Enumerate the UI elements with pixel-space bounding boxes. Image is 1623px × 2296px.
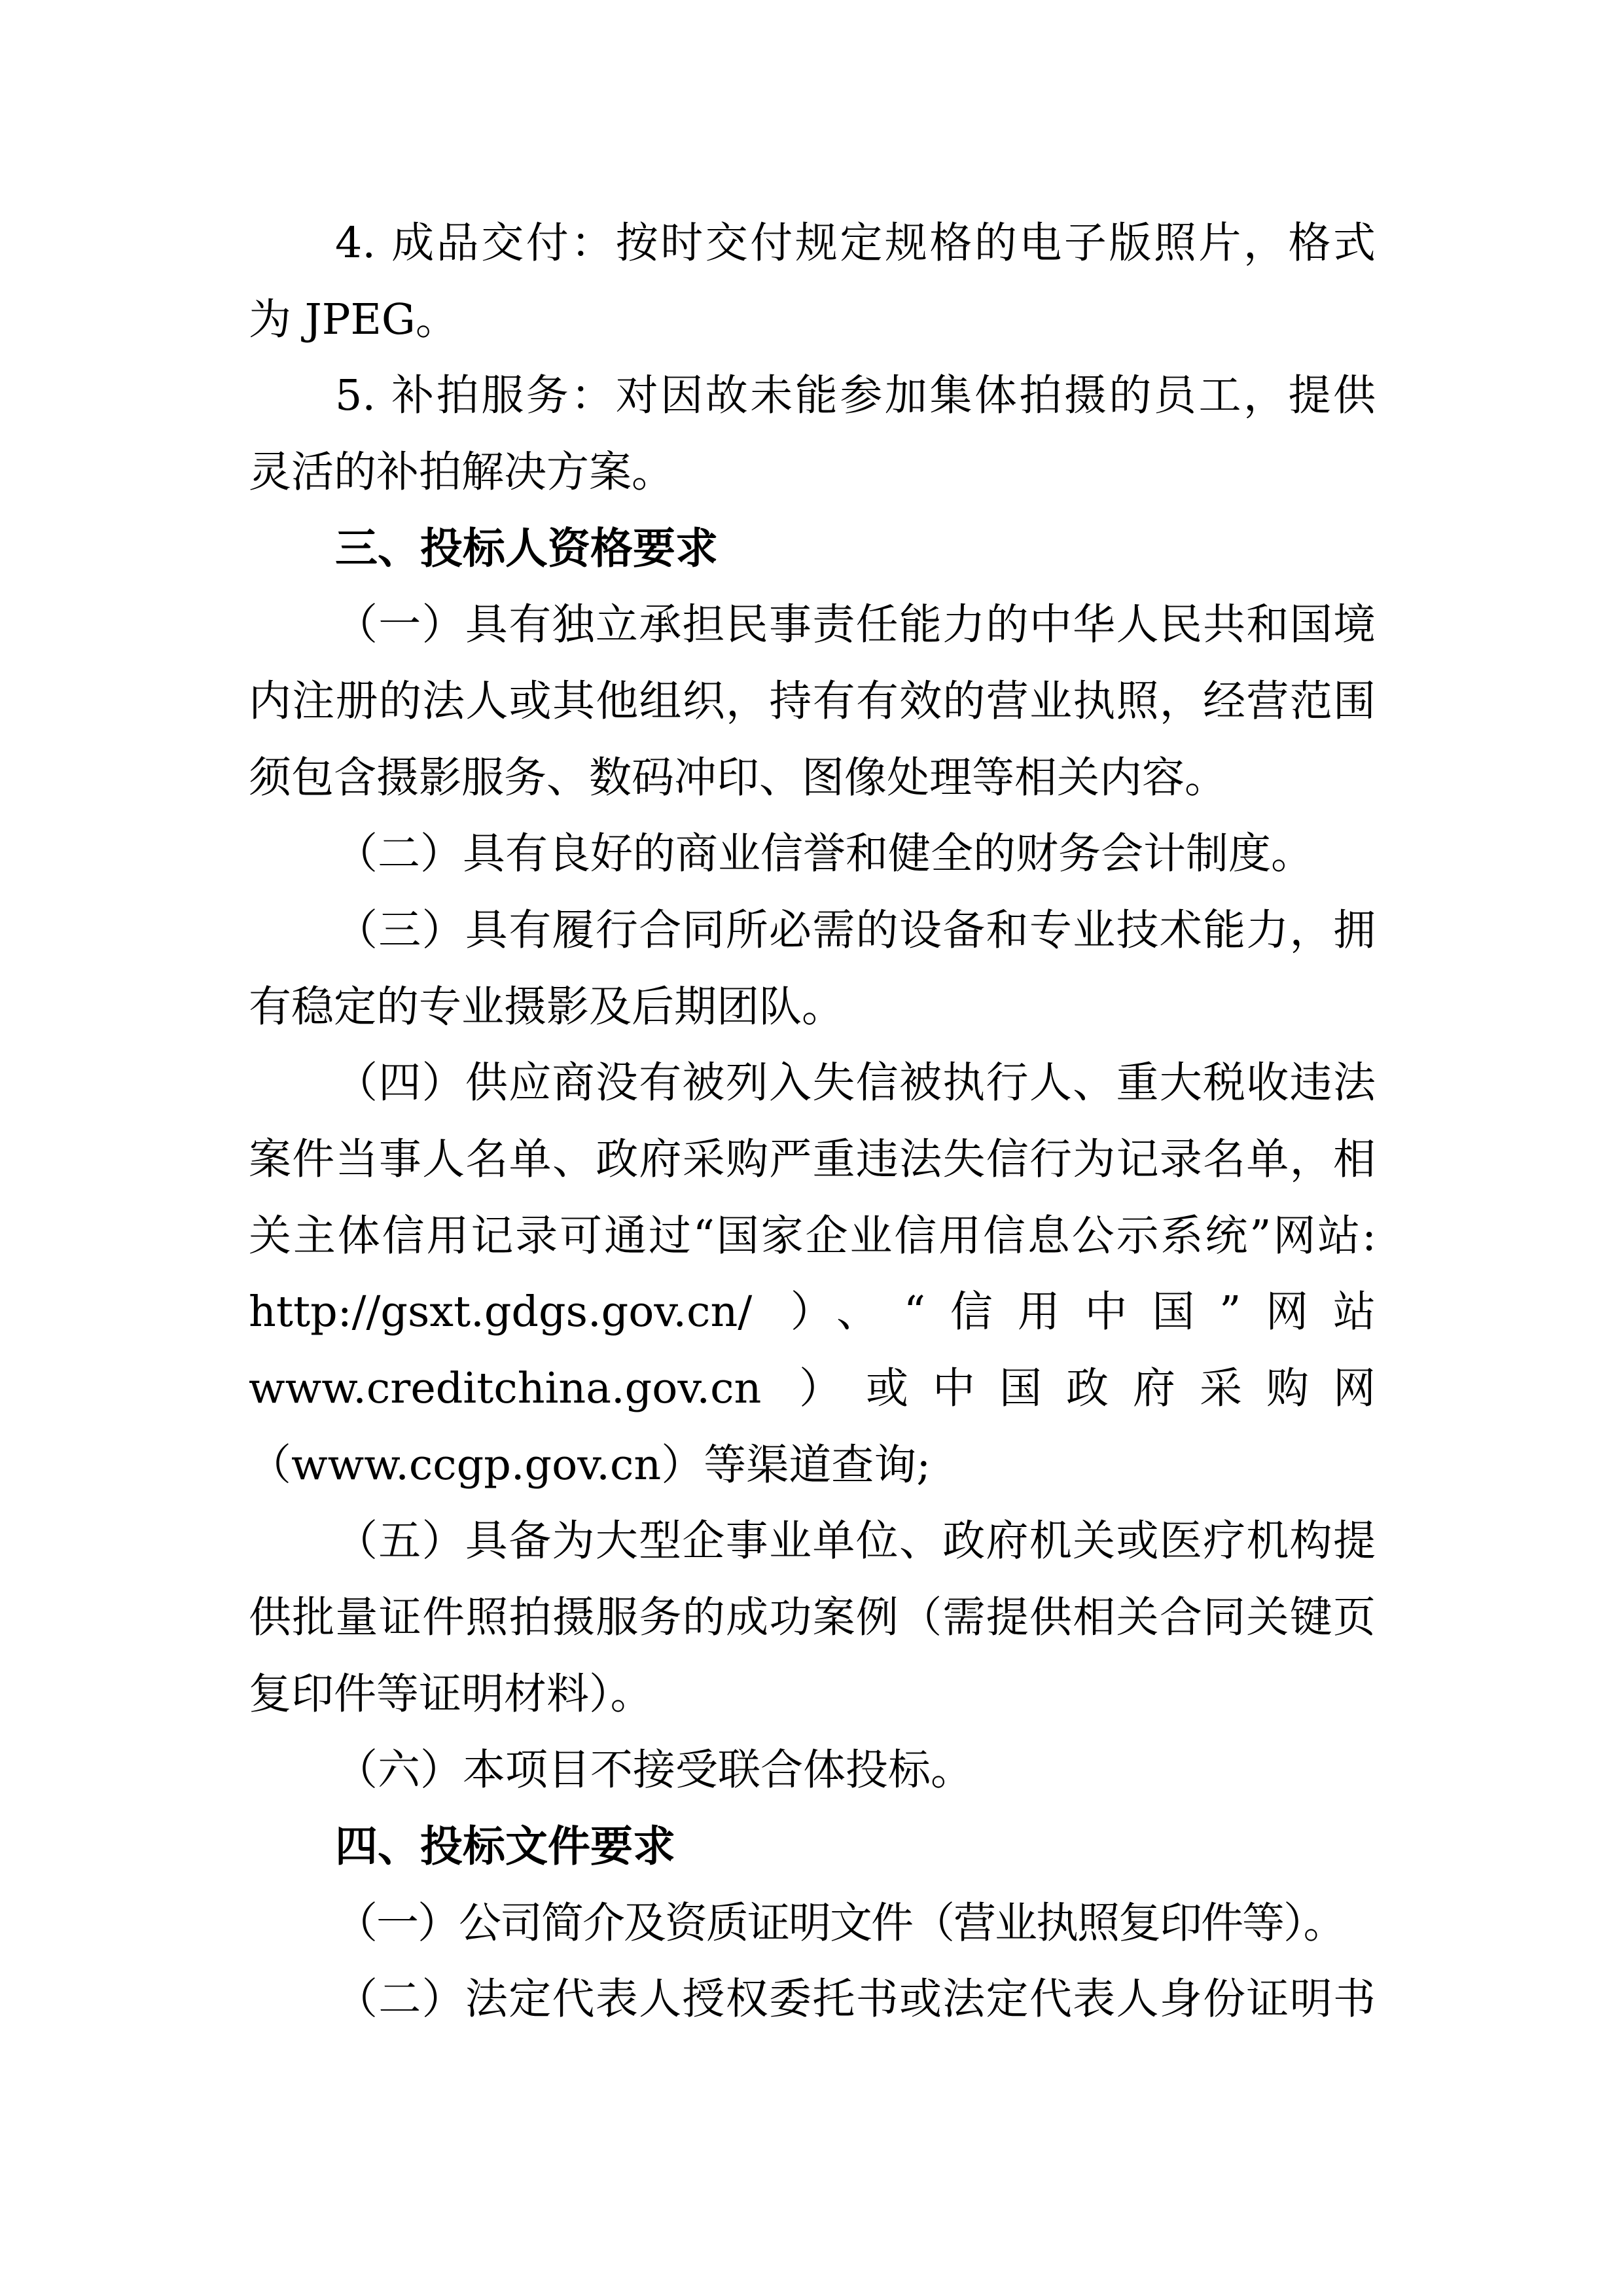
qualification-4-line-2: 案件当事人名单、政府采购严重违法失信行为记录名单，相 — [249, 1121, 1376, 1198]
qualification-3-line-2: 有稳定的专业摄影及后期团队。 — [249, 969, 1376, 1045]
qualification-5-line-2: 供批量证件照拍摄服务的成功案例（需提供相关合同关键页 — [249, 1579, 1376, 1656]
qualification-1-line-2: 内注册的法人或其他组织，持有有效的营业执照，经营范围 — [249, 663, 1376, 740]
item-4-delivery-line-2: 为 JPEG。 — [249, 281, 1376, 358]
qualification-1-line-1: （一）具有独立承担民事责任能力的中华人民共和国境 — [249, 586, 1376, 663]
qualification-6-line-1: （六）本项目不接受联合体投标。 — [249, 1732, 1376, 1808]
qualification-1-line-3: 须包含摄影服务、数码冲印、图像处理等相关内容。 — [249, 740, 1376, 816]
qualification-3-line-1: （三）具有履行合同所必需的设备和专业技术能力，拥 — [249, 892, 1376, 969]
bid-doc-1-line-1: （一）公司简介及资质证明文件（营业执照复印件等）。 — [249, 1885, 1376, 1962]
item-5-reshoot-line-1: 5. 补拍服务：对因故未能参加集体拍摄的员工，提供 — [249, 357, 1376, 434]
bid-doc-2-line-1: （二）法定代表人授权委托书或法定代表人身份证明书 — [249, 1961, 1376, 2037]
section-heading-bid-document-requirements: 四、投标文件要求 — [249, 1808, 1376, 1885]
qualification-4-line-6-ccgp-link: （www.ccgp.gov.cn）等渠道查询; — [249, 1427, 1376, 1503]
qualification-4-line-3: 关主体信用记录可通过“国家企业信用信息公示系统”网站: — [249, 1198, 1376, 1274]
qualification-4-line-4-gsxt-link: http://gsxt.gdgs.gov.cn/ ）、“信用中国”网站 — [249, 1274, 1376, 1350]
qualification-4-line-5-creditchina-link: www.creditchina.gov.cn ）或中国政府采购网 — [249, 1350, 1376, 1427]
qualification-2-line-1: （二）具有良好的商业信誉和健全的财务会计制度。 — [249, 816, 1376, 892]
qualification-4-line-1: （四）供应商没有被列入失信被执行人、重大税收违法 — [249, 1045, 1376, 1121]
item-5-reshoot-line-2: 灵活的补拍解决方案。 — [249, 434, 1376, 511]
item-4-delivery-line-1: 4. 成品交付：按时交付规定规格的电子版照片，格式 — [249, 205, 1376, 281]
qualification-5-line-1: （五）具备为大型企事业单位、政府机关或医疗机构提 — [249, 1503, 1376, 1579]
document-page: 4. 成品交付：按时交付规定规格的电子版照片，格式 为 JPEG。 5. 补拍服… — [0, 0, 1623, 2296]
qualification-5-line-3: 复印件等证明材料）。 — [249, 1656, 1376, 1732]
section-heading-bidder-qualifications: 三、投标人资格要求 — [249, 511, 1376, 587]
